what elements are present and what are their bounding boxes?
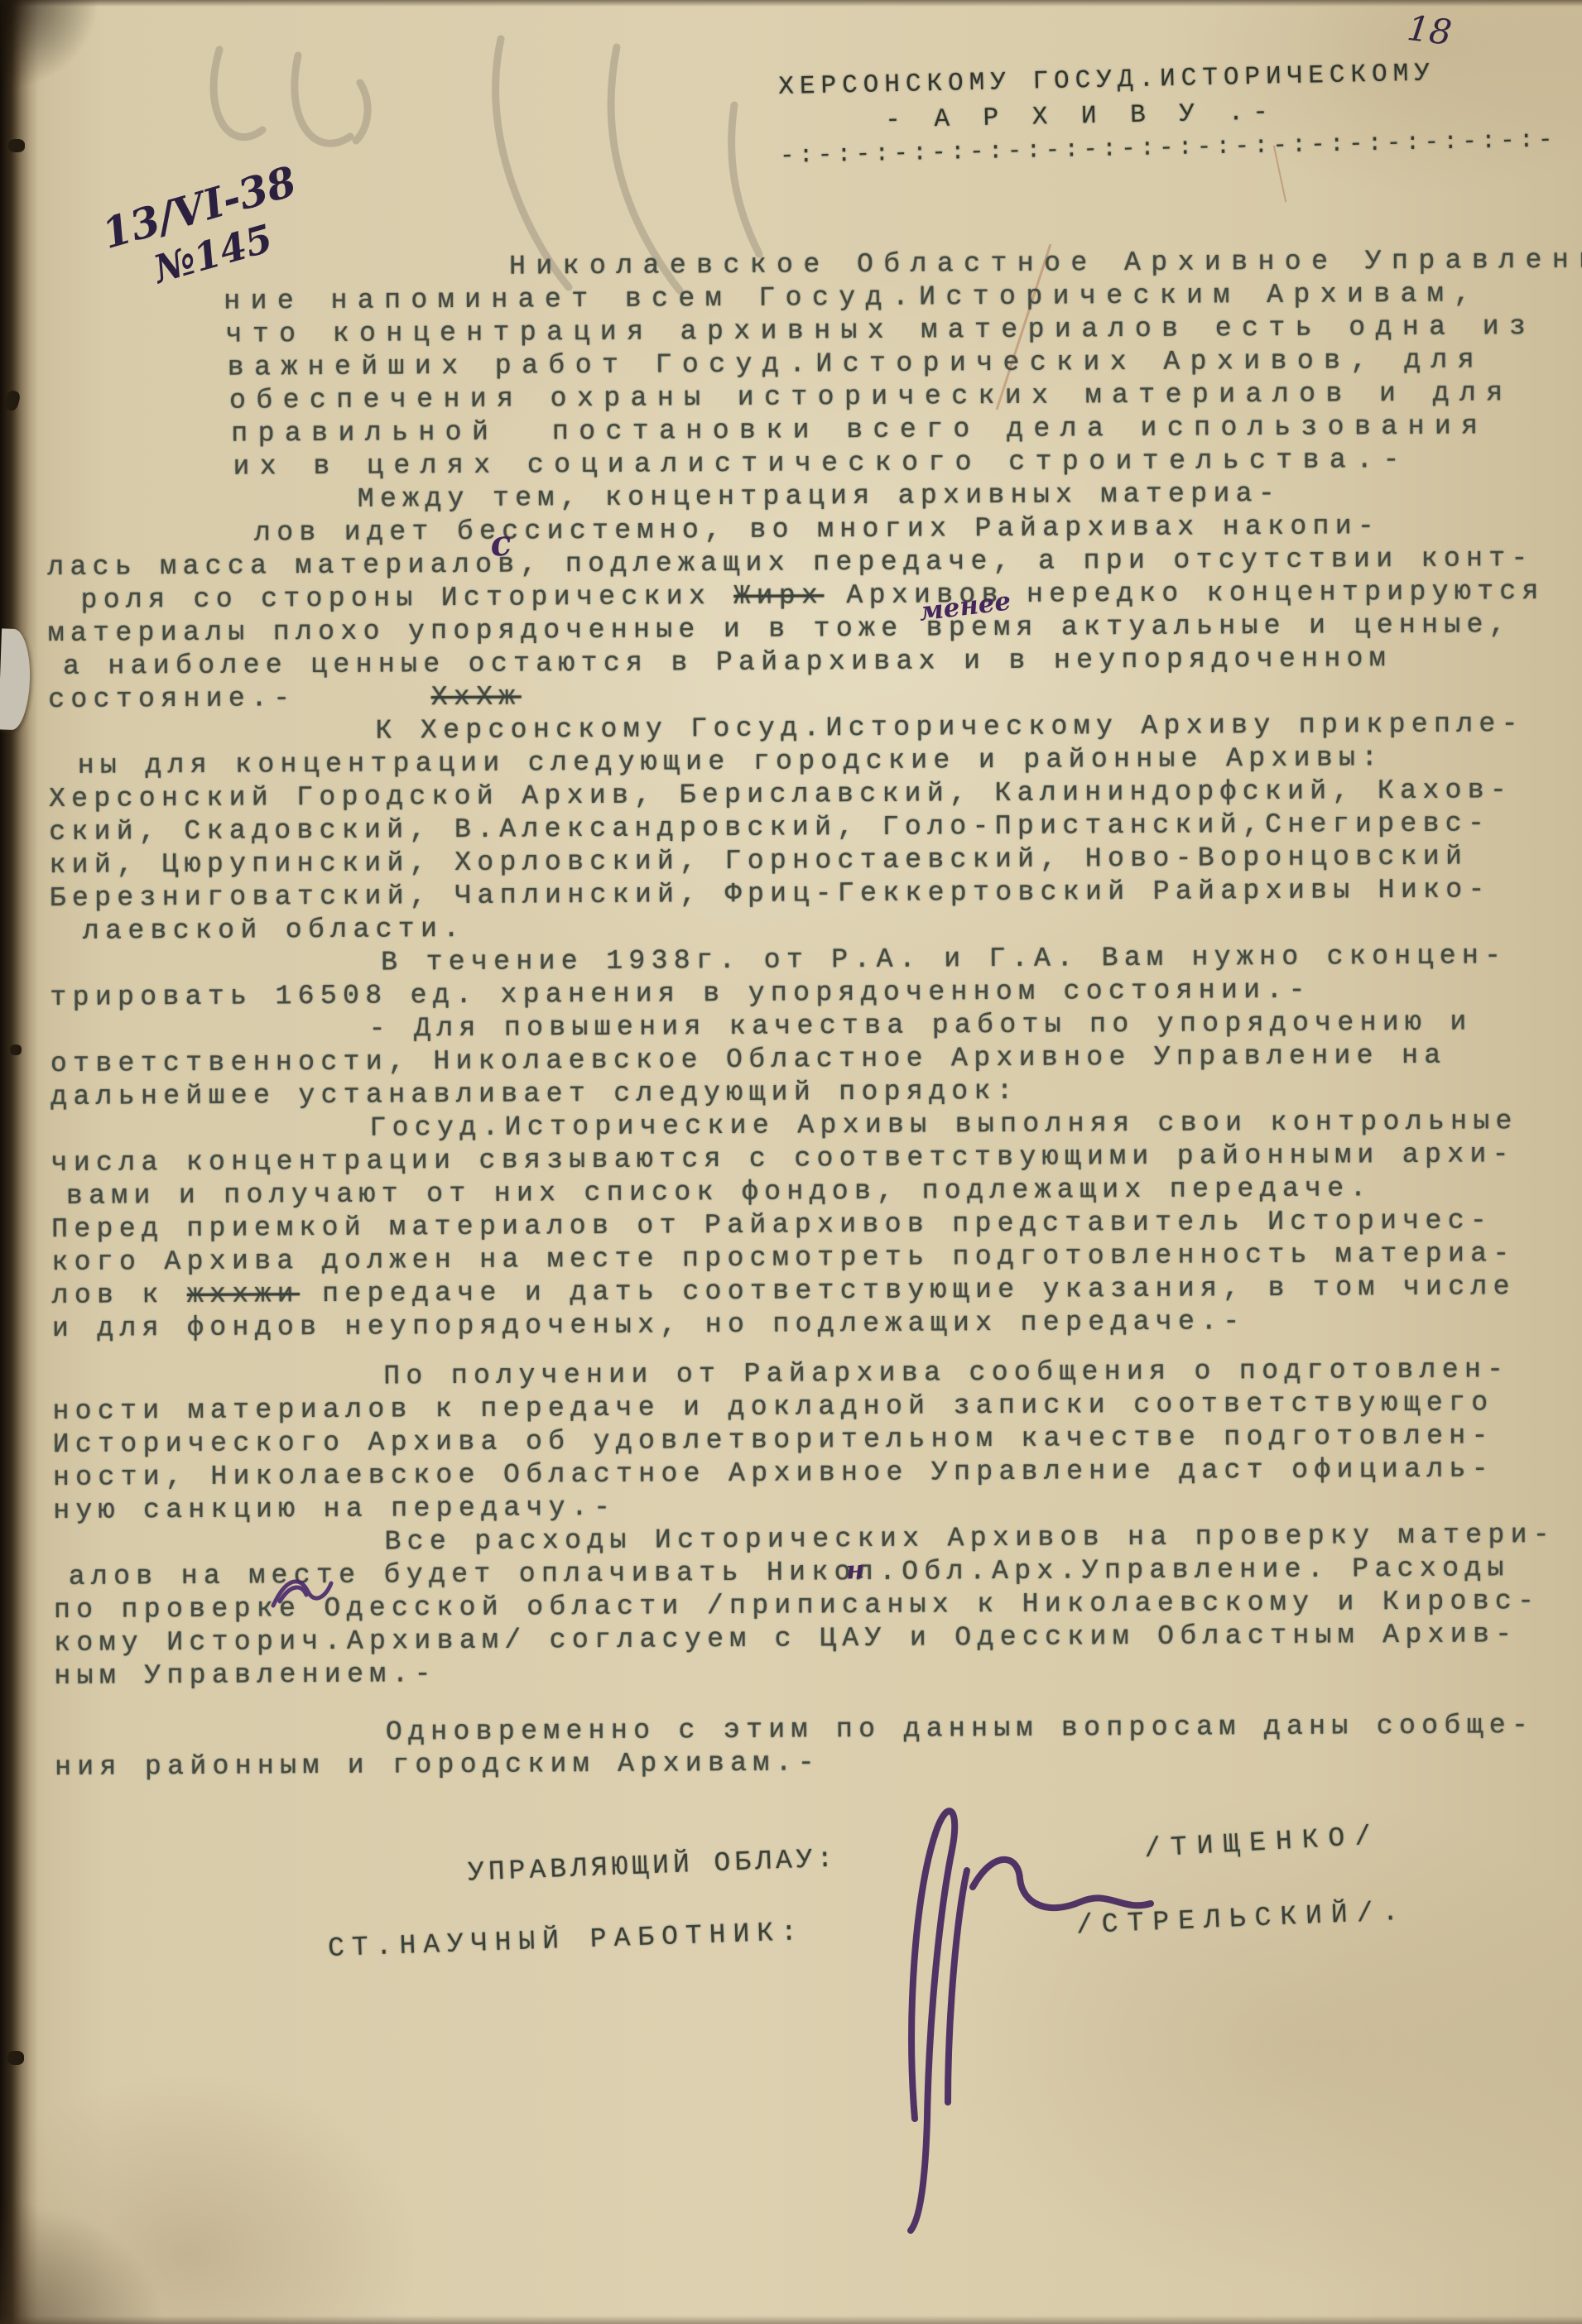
typed-text: Все расходы Исторических Архивов на пров… <box>384 1520 1556 1558</box>
struck-text: жххжи <box>187 1279 300 1310</box>
typed-text: ным Управлением.- <box>54 1659 437 1692</box>
edge-nick <box>10 1044 22 1055</box>
typed-text: ную санкцию на передачу.- <box>53 1492 616 1526</box>
typed-text: Одновременно с этим по данным вопросам д… <box>386 1710 1535 1747</box>
handwritten-signature <box>745 1771 1159 2235</box>
typed-text: состояние.- <box>48 683 296 715</box>
document-body: Николаевское Областное Архивное Управлен… <box>46 244 1574 1784</box>
typed-text: Между тем, концентрация архивных материа… <box>358 478 1281 515</box>
typed-text: трировать 16508 ед. хранения в упорядоче… <box>50 975 1311 1013</box>
recipient-header: ХЕРСОНСКОМУ ГОСУД.ИСТОРИЧЕСКОМУ - А Р Х … <box>778 56 1557 170</box>
signatory-title-2: СТ.НАУЧНЫЙ РАБОТНИК: <box>328 1917 805 1964</box>
typed-text: Госуд.Исторические Архивы выполняя свои … <box>369 1106 1518 1143</box>
struck-text: Жирх <box>733 580 824 612</box>
scan-bottom-edge <box>0 2316 1582 2324</box>
typed-text: ние напоминает всем Госуд.Историческим А… <box>224 278 1480 316</box>
typed-text: передаче и дать соответствующие указания… <box>300 1271 1516 1309</box>
typed-text: их в целях социалистического строительст… <box>233 444 1410 483</box>
scanned-archive-letter: { "page": { "page_number": "18", "pencil… <box>0 0 1582 2324</box>
typed-text: К Херсонскому Госуд.Историческому Архиву… <box>375 708 1524 746</box>
ink-check-scrawl <box>265 1568 339 1618</box>
typed-text: По получении от Райархива сообщения о по… <box>383 1354 1509 1391</box>
handwritten-correction-s: с <box>488 522 514 564</box>
typed-text: важнейших работ Госуд.Исторических Архив… <box>228 344 1484 382</box>
typed-text: а наиболее ценные остаются в Райархивах … <box>63 643 1392 682</box>
typed-text: ответственности, Николаевское Областное … <box>50 1040 1447 1079</box>
scan-corner-smudge <box>0 2200 166 2324</box>
typed-text: Березниговатский, Чаплинский, Фриц-Гекке… <box>50 874 1491 914</box>
struck-text: ХхХж <box>431 682 522 713</box>
edge-nick <box>7 2051 24 2065</box>
signatory-name-1: /ТИЩЕНКО/ <box>1143 1821 1382 1865</box>
typed-text: Николаевское Областное Архивное Управлен… <box>509 244 1582 281</box>
typed-text <box>296 682 430 713</box>
typed-text: роля со стороны Исторических <box>80 581 733 616</box>
typed-text: дальнейшее устанавливает следующий поряд… <box>50 1076 1019 1112</box>
typed-text: лов идет бессистемно, во многих Райархив… <box>254 511 1380 548</box>
typed-text: правильной постановки всего дела использ… <box>231 411 1488 449</box>
handwritten-insert-n: н <box>845 1555 865 1585</box>
edge-nick <box>8 139 25 152</box>
typed-text: ности, Николаевское Областное Архивное У… <box>53 1453 1494 1493</box>
typed-text: ния районным и городским Архивам.- <box>55 1747 820 1783</box>
typed-text: - Для повышения качества работы по упоря… <box>369 1006 1473 1044</box>
document-page: 18 13/VI-38 №145 ХЕРСОНСКОМУ ГОСУД.ИСТОР… <box>0 0 1582 2324</box>
scan-left-edge <box>0 0 38 2324</box>
typed-text: и для фондов неупорядоченых, но подлежащ… <box>52 1306 1246 1344</box>
typed-text: лов к <box>52 1280 187 1311</box>
typed-text: В течение 1938г. от Р.А. и Г.А. Вам нужн… <box>381 940 1507 977</box>
typed-text: лаевской области. <box>83 914 466 947</box>
page-number: 18 <box>1405 7 1454 53</box>
scan-corner-shadow <box>0 0 99 91</box>
